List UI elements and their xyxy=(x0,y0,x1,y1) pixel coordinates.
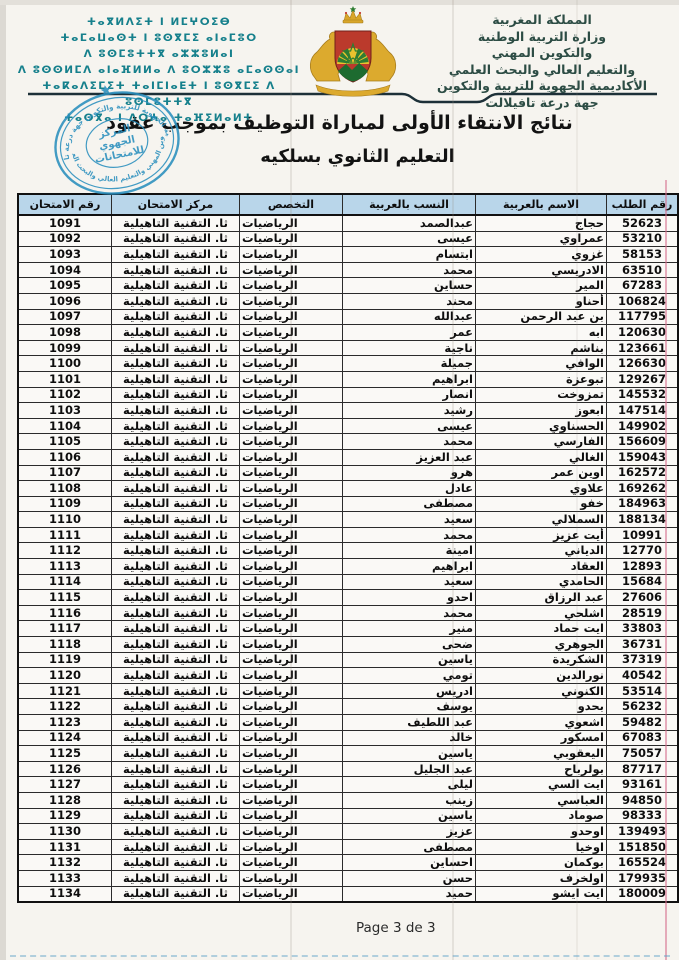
cell-request-no: 40542 xyxy=(607,668,679,684)
cell-last-name: ضحى xyxy=(343,637,476,653)
cell-first-name: الفارسي xyxy=(476,434,607,450)
table-row: 10991أيت عزيزمحمدالرياضياتثا. التقنية ال… xyxy=(18,527,678,543)
cell-first-name: الحسناوي xyxy=(476,418,607,434)
cell-first-name: حجاج xyxy=(476,215,607,231)
tifinagh-line: ⵜⴰⴳⵍⴷⵉⵜ ⵏ ⵍⵎⵖⵔⵉⴱ xyxy=(16,14,302,30)
cell-first-name: اشلحي xyxy=(476,605,607,621)
cell-exam-center: ثا. التقنية التاهيلية xyxy=(112,215,240,231)
cell-request-no: 165524 xyxy=(607,855,679,871)
column-header-last-name: النسب بالعربية xyxy=(343,194,476,215)
cell-exam-center: ثا. التقنية التاهيلية xyxy=(112,293,240,309)
cell-first-name: الدياني xyxy=(476,543,607,559)
cell-last-name: عزيز xyxy=(343,824,476,840)
table-row: 117795بن عبد الرحمنعبداللهالرياضياتثا. ا… xyxy=(18,309,678,325)
cell-exam-no: 1112 xyxy=(18,543,112,559)
table-row: 165524بوكماناحساينالرياضياتثا. التقنية ا… xyxy=(18,855,678,871)
table-row: 151850اوخيامصطفىالرياضياتثا. التقنية الت… xyxy=(18,839,678,855)
cell-request-no: 12893 xyxy=(607,559,679,575)
cell-request-no: 36731 xyxy=(607,637,679,653)
cell-first-name: الجوهري xyxy=(476,637,607,653)
cell-exam-center: ثا. التقنية التاهيلية xyxy=(112,278,240,294)
cell-last-name: محمد xyxy=(343,434,476,450)
table-row: 179935اولخرفحسنالرياضياتثا. التقنية التا… xyxy=(18,870,678,886)
cell-last-name: رشيد xyxy=(343,403,476,419)
cell-request-no: 59482 xyxy=(607,715,679,731)
cell-exam-no: 1122 xyxy=(18,699,112,715)
cell-exam-center: ثا. التقنية التاهيلية xyxy=(112,247,240,263)
cell-last-name: ابراهيم xyxy=(343,559,476,575)
cell-last-name: عبدالصمد xyxy=(343,215,476,231)
cell-exam-center: ثا. التقنية التاهيلية xyxy=(112,715,240,731)
cell-exam-no: 1118 xyxy=(18,637,112,653)
cell-exam-center: ثا. التقنية التاهيلية xyxy=(112,309,240,325)
cell-exam-no: 1129 xyxy=(18,808,112,824)
cell-last-name: محند xyxy=(343,293,476,309)
cell-request-no: 75057 xyxy=(607,746,679,762)
ministry-line: والتعليم العالي والبحث العلمي xyxy=(418,62,666,79)
cell-exam-center: ثا. التقنية التاهيلية xyxy=(112,496,240,512)
cell-exam-no: 1113 xyxy=(18,559,112,575)
cell-exam-no: 1092 xyxy=(18,231,112,247)
table-row: 188134السملاليسعيدالرياضياتثا. التقنية ا… xyxy=(18,512,678,528)
cell-first-name: الغالي xyxy=(476,449,607,465)
cell-exam-no: 1117 xyxy=(18,621,112,637)
cell-first-name: الكنوني xyxy=(476,683,607,699)
cell-first-name: عبد الرزاق xyxy=(476,590,607,606)
cell-exam-no: 1114 xyxy=(18,574,112,590)
cell-last-name: محمد xyxy=(343,605,476,621)
cell-first-name: خفو xyxy=(476,496,607,512)
cell-request-no: 98333 xyxy=(607,808,679,824)
cell-exam-center: ثا. التقنية التاهيلية xyxy=(112,746,240,762)
cell-exam-no: 1107 xyxy=(18,465,112,481)
cell-exam-center: ثا. التقنية التاهيلية xyxy=(112,543,240,559)
cell-first-name: أحناو xyxy=(476,293,607,309)
table-row: 56232بحدويوسفالرياضياتثا. التقنية التاهي… xyxy=(18,699,678,715)
cell-last-name: سعيد xyxy=(343,512,476,528)
cell-last-name: مصطفى xyxy=(343,496,476,512)
cell-first-name: بولرباح xyxy=(476,761,607,777)
cell-exam-center: ثا. التقنية التاهيلية xyxy=(112,590,240,606)
table-row: 27606عبد الرزاقاحدوالرياضياتثا. التقنية … xyxy=(18,590,678,606)
cell-exam-center: ثا. التقنية التاهيلية xyxy=(112,559,240,575)
table-row: 15684الحامديسعيدالرياضياتثا. التقنية الت… xyxy=(18,574,678,590)
table-row: 53210عمراويعيسىالرياضياتثا. التقنية التا… xyxy=(18,231,678,247)
scan-bottom-dashed-line xyxy=(10,955,670,957)
cell-exam-no: 1094 xyxy=(18,262,112,278)
table-row: 162572اوين عمرهروالرياضياتثا. التقنية ال… xyxy=(18,465,678,481)
cell-request-no: 188134 xyxy=(607,512,679,528)
cell-exam-center: ثا. التقنية التاهيلية xyxy=(112,231,240,247)
cell-exam-no: 1120 xyxy=(18,668,112,684)
results-table: رقم الطلبالاسم بالعربيةالنسب بالعربيةالت… xyxy=(17,193,679,903)
table-row: 59482اشعويعبد اللطيفالرياضياتثا. التقنية… xyxy=(18,715,678,731)
tifinagh-line: ⵜⴰⵎⴰⵡⴰⵙⵜ ⵏ ⵓⵙⴳⵎⵉ ⴰⵏⴰⵎⵓⵔ xyxy=(16,30,302,46)
cell-first-name: تبوعزة xyxy=(476,371,607,387)
cell-exam-center: ثا. التقنية التاهيلية xyxy=(112,855,240,871)
cell-last-name: ياسين xyxy=(343,808,476,824)
table-row: 145532تمزوختانصارالرياضياتثا. التقنية ال… xyxy=(18,387,678,403)
cell-exam-no: 1105 xyxy=(18,434,112,450)
cell-exam-no: 1124 xyxy=(18,730,112,746)
cell-request-no: 53210 xyxy=(607,231,679,247)
cell-last-name: منير xyxy=(343,621,476,637)
table-row: 184963خفومصطفىالرياضياتثا. التقنية التاه… xyxy=(18,496,678,512)
cell-last-name: خالد xyxy=(343,730,476,746)
cell-exam-center: ثا. التقنية التاهيلية xyxy=(112,418,240,434)
cell-request-no: 67283 xyxy=(607,278,679,294)
cell-request-no: 27606 xyxy=(607,590,679,606)
cell-exam-no: 1119 xyxy=(18,652,112,668)
cell-exam-center: ثا. التقنية التاهيلية xyxy=(112,683,240,699)
cell-request-no: 15684 xyxy=(607,574,679,590)
cell-exam-center: ثا. التقنية التاهيلية xyxy=(112,574,240,590)
cell-exam-center: ثا. التقنية التاهيلية xyxy=(112,527,240,543)
cell-request-no: 123661 xyxy=(607,340,679,356)
cell-first-name: عمراوي xyxy=(476,231,607,247)
cell-last-name: عبدالله xyxy=(343,309,476,325)
paper-fold-line xyxy=(290,0,292,960)
cell-first-name: اوحدو xyxy=(476,824,607,840)
table-row: 28519اشلحيمحمدالرياضياتثا. التقنية التاه… xyxy=(18,605,678,621)
table-row: 149902الحسناويعيسىالرياضياتثا. التقنية ا… xyxy=(18,418,678,434)
cell-exam-no: 1099 xyxy=(18,340,112,356)
cell-exam-center: ثا. التقنية التاهيلية xyxy=(112,621,240,637)
cell-exam-center: ثا. التقنية التاهيلية xyxy=(112,605,240,621)
cell-first-name: تمزوخت xyxy=(476,387,607,403)
cell-exam-center: ثا. التقنية التاهيلية xyxy=(112,325,240,341)
cell-exam-no: 1104 xyxy=(18,418,112,434)
table-row: 36731الجوهريضحىالرياضياتثا. التقنية التا… xyxy=(18,637,678,653)
cell-exam-center: ثا. التقنية التاهيلية xyxy=(112,824,240,840)
cell-request-no: 12770 xyxy=(607,543,679,559)
cell-request-no: 58153 xyxy=(607,247,679,263)
cell-exam-center: ثا. التقنية التاهيلية xyxy=(112,465,240,481)
cell-exam-no: 1131 xyxy=(18,839,112,855)
cell-last-name: عبد اللطيف xyxy=(343,715,476,731)
cell-last-name: حساين xyxy=(343,278,476,294)
cell-first-name: الشكريدة xyxy=(476,652,607,668)
cell-last-name: احساين xyxy=(343,855,476,871)
cell-exam-center: ثا. التقنية التاهيلية xyxy=(112,777,240,793)
cell-request-no: 184963 xyxy=(607,496,679,512)
cell-exam-no: 1108 xyxy=(18,481,112,497)
cell-first-name: الحامدي xyxy=(476,574,607,590)
cell-exam-no: 1132 xyxy=(18,855,112,871)
table-row: 87717بولرباحعبد الجليلالرياضياتثا. التقن… xyxy=(18,761,678,777)
cell-request-no: 139493 xyxy=(607,824,679,840)
ministry-line: وزارة التربية الوطنية xyxy=(418,29,666,46)
cell-exam-no: 1109 xyxy=(18,496,112,512)
cell-request-no: 117795 xyxy=(607,309,679,325)
cell-request-no: 169262 xyxy=(607,481,679,497)
cell-exam-no: 1097 xyxy=(18,309,112,325)
cell-exam-center: ثا. التقنية التاهيلية xyxy=(112,512,240,528)
cell-exam-center: ثا. التقنية التاهيلية xyxy=(112,808,240,824)
cell-exam-no: 1095 xyxy=(18,278,112,294)
cell-first-name: ايت حماد xyxy=(476,621,607,637)
table-row: 147514ابعوزرشيدالرياضياتثا. التقنية التا… xyxy=(18,403,678,419)
cell-last-name: هرو xyxy=(343,465,476,481)
cell-last-name: عمر xyxy=(343,325,476,341)
cell-last-name: احدو xyxy=(343,590,476,606)
ministry-line: والتكوين المهني xyxy=(418,45,666,62)
ministry-line: المملكة المغربية xyxy=(418,12,666,29)
cell-request-no: 162572 xyxy=(607,465,679,481)
cell-first-name: بناشم xyxy=(476,340,607,356)
cell-exam-no: 1121 xyxy=(18,683,112,699)
cell-first-name: العقاد xyxy=(476,559,607,575)
cell-first-name: الادريسي xyxy=(476,262,607,278)
cell-last-name: زينب xyxy=(343,792,476,808)
table-row: 94850العباسيزينبالرياضياتثا. التقنية الت… xyxy=(18,792,678,808)
table-row: 12893العقادابراهيمالرياضياتثا. التقنية ا… xyxy=(18,559,678,575)
table-row: 106824أحناومحندالرياضياتثا. التقنية التا… xyxy=(18,293,678,309)
cell-exam-center: ثا. التقنية التاهيلية xyxy=(112,886,240,902)
cell-first-name: بوكمان xyxy=(476,855,607,871)
cell-last-name: حميد xyxy=(343,886,476,902)
cell-exam-no: 1126 xyxy=(18,761,112,777)
results-table-body: 52623حجاجعبدالصمدالرياضياتثا. التقنية ال… xyxy=(18,215,678,902)
cell-request-no: 149902 xyxy=(607,418,679,434)
table-row: 33803ايت حمادمنيرالرياضياتثا. التقنية ال… xyxy=(18,621,678,637)
cell-first-name: العباسي xyxy=(476,792,607,808)
cell-last-name: عبد العزيز xyxy=(343,449,476,465)
cell-last-name: انصار xyxy=(343,387,476,403)
cell-first-name: علاوي xyxy=(476,481,607,497)
cell-first-name: امسكور xyxy=(476,730,607,746)
cell-exam-no: 1116 xyxy=(18,605,112,621)
cell-first-name: ايت السي xyxy=(476,777,607,793)
table-row: 139493اوحدوعزيزالرياضياتثا. التقنية التا… xyxy=(18,824,678,840)
cell-request-no: 53514 xyxy=(607,683,679,699)
cell-exam-no: 1098 xyxy=(18,325,112,341)
table-row: 129267تبوعزةابراهيمالرياضياتثا. التقنية … xyxy=(18,371,678,387)
table-row: 40542نورالدينتوميالرياضياتثا. التقنية ال… xyxy=(18,668,678,684)
cell-first-name: أيت عزيز xyxy=(476,527,607,543)
cell-last-name: ابراهيم xyxy=(343,371,476,387)
cell-exam-center: ثا. التقنية التاهيلية xyxy=(112,387,240,403)
cell-exam-center: ثا. التقنية التاهيلية xyxy=(112,371,240,387)
cell-last-name: ادريس xyxy=(343,683,476,699)
cell-request-no: 129267 xyxy=(607,371,679,387)
cell-last-name: ناجية xyxy=(343,340,476,356)
table-row: 67283الميرحساينالرياضياتثا. التقنية التا… xyxy=(18,278,678,294)
cell-last-name: تومي xyxy=(343,668,476,684)
page-number-label: Page 3 de 3 xyxy=(356,920,436,936)
paper-fold-line xyxy=(452,0,454,960)
cell-request-no: 151850 xyxy=(607,839,679,855)
cell-exam-center: ثا. التقنية التاهيلية xyxy=(112,356,240,372)
cell-exam-center: ثا. التقنية التاهيلية xyxy=(112,403,240,419)
cell-first-name: الوافي xyxy=(476,356,607,372)
cell-last-name: ياسين xyxy=(343,746,476,762)
cell-last-name: ياسين xyxy=(343,652,476,668)
cell-last-name: يوسف xyxy=(343,699,476,715)
cell-exam-no: 1111 xyxy=(18,527,112,543)
cell-exam-center: ثا. التقنية التاهيلية xyxy=(112,340,240,356)
cell-exam-no: 1130 xyxy=(18,824,112,840)
cell-request-no: 180009 xyxy=(607,886,679,902)
scanned-document-page: ⵜⴰⴳⵍⴷⵉⵜ ⵏ ⵍⵎⵖⵔⵉⴱ ⵜⴰⵎⴰⵡⴰⵙⵜ ⵏ ⵓⵙⴳⵎⵉ ⴰⵏⴰⵎⵓⵔ… xyxy=(0,0,679,960)
cell-last-name: امينة xyxy=(343,543,476,559)
cell-last-name: عيسى xyxy=(343,231,476,247)
table-row: 37319الشكريدةياسينالرياضياتثا. التقنية ا… xyxy=(18,652,678,668)
cell-exam-no: 1128 xyxy=(18,792,112,808)
scan-pink-line xyxy=(665,180,667,960)
cell-last-name: جميلة xyxy=(343,356,476,372)
cell-exam-no: 1110 xyxy=(18,512,112,528)
cell-request-no: 94850 xyxy=(607,792,679,808)
cell-request-no: 106824 xyxy=(607,293,679,309)
cell-last-name: مصطفى xyxy=(343,839,476,855)
cell-request-no: 28519 xyxy=(607,605,679,621)
table-row: 63510الادريسيمحمدالرياضياتثا. التقنية ال… xyxy=(18,262,678,278)
table-row: 120630ابهعمرالرياضياتثا. التقنية التاهيل… xyxy=(18,325,678,341)
cell-exam-no: 1125 xyxy=(18,746,112,762)
cell-first-name: غزوي xyxy=(476,247,607,263)
cell-first-name: نورالدين xyxy=(476,668,607,684)
cell-last-name: عبد الجليل xyxy=(343,761,476,777)
cell-exam-center: ثا. التقنية التاهيلية xyxy=(112,652,240,668)
cell-exam-center: ثا. التقنية التاهيلية xyxy=(112,761,240,777)
cell-request-no: 93161 xyxy=(607,777,679,793)
cell-last-name: سعيد xyxy=(343,574,476,590)
table-row: 98333صومادياسينالرياضياتثا. التقنية التا… xyxy=(18,808,678,824)
cell-exam-center: ثا. التقنية التاهيلية xyxy=(112,839,240,855)
table-row: 53514الكنونيادريسالرياضياتثا. التقنية ال… xyxy=(18,683,678,699)
table-row: 93161ايت السيليلىالرياضياتثا. التقنية ال… xyxy=(18,777,678,793)
paper-fold-line xyxy=(576,0,578,960)
cell-exam-center: ثا. التقنية التاهيلية xyxy=(112,668,240,684)
table-row: 67083امسكورخالدالرياضياتثا. التقنية التا… xyxy=(18,730,678,746)
cell-request-no: 126630 xyxy=(607,356,679,372)
cell-exam-no: 1106 xyxy=(18,449,112,465)
cell-exam-center: ثا. التقنية التاهيلية xyxy=(112,434,240,450)
cell-exam-no: 1102 xyxy=(18,387,112,403)
cell-exam-center: ثا. التقنية التاهيلية xyxy=(112,870,240,886)
cell-exam-center: ثا. التقنية التاهيلية xyxy=(112,699,240,715)
cell-exam-center: ثا. التقنية التاهيلية xyxy=(112,262,240,278)
cell-exam-no: 1103 xyxy=(18,403,112,419)
column-header-request-no: رقم الطلب xyxy=(607,194,679,215)
cell-first-name: صوماد xyxy=(476,808,607,824)
cell-exam-no: 1093 xyxy=(18,247,112,263)
table-row: 58153غزويابتسامالرياضياتثا. التقنية التا… xyxy=(18,247,678,263)
column-header-first-name: الاسم بالعربية xyxy=(476,194,607,215)
cell-first-name: اوخيا xyxy=(476,839,607,855)
cell-request-no: 159043 xyxy=(607,449,679,465)
cell-first-name: اوين عمر xyxy=(476,465,607,481)
cell-exam-center: ثا. التقنية التاهيلية xyxy=(112,792,240,808)
cell-exam-no: 1123 xyxy=(18,715,112,731)
cell-request-no: 10991 xyxy=(607,527,679,543)
cell-exam-no: 1101 xyxy=(18,371,112,387)
table-row: 159043الغاليعبد العزيزالرياضياتثا. التقن… xyxy=(18,449,678,465)
cell-request-no: 147514 xyxy=(607,403,679,419)
cell-last-name: ابتسام xyxy=(343,247,476,263)
cell-request-no: 37319 xyxy=(607,652,679,668)
cell-first-name: بحدو xyxy=(476,699,607,715)
cell-exam-no: 1134 xyxy=(18,886,112,902)
table-row: 156609الفارسيمحمدالرياضياتثا. التقنية ال… xyxy=(18,434,678,450)
cell-exam-center: ثا. التقنية التاهيلية xyxy=(112,637,240,653)
cell-first-name: المير xyxy=(476,278,607,294)
table-row: 123661بناشمناجيةالرياضياتثا. التقنية الت… xyxy=(18,340,678,356)
cell-request-no: 63510 xyxy=(607,262,679,278)
cell-exam-center: ثا. التقنية التاهيلية xyxy=(112,481,240,497)
cell-request-no: 145532 xyxy=(607,387,679,403)
cell-first-name: ايت ايشو xyxy=(476,886,607,902)
cell-request-no: 120630 xyxy=(607,325,679,341)
cell-request-no: 67083 xyxy=(607,730,679,746)
cell-exam-no: 1100 xyxy=(18,356,112,372)
cell-last-name: عيسى xyxy=(343,418,476,434)
cell-first-name: اليعقوبي xyxy=(476,746,607,762)
cell-exam-center: ثا. التقنية التاهيلية xyxy=(112,449,240,465)
moroccan-coat-of-arms-icon xyxy=(293,6,413,98)
cell-last-name: عادل xyxy=(343,481,476,497)
cell-exam-center: ثا. التقنية التاهيلية xyxy=(112,730,240,746)
cell-request-no: 87717 xyxy=(607,761,679,777)
cell-last-name: حسن xyxy=(343,870,476,886)
table-row: 169262علاويعادلالرياضياتثا. التقنية التا… xyxy=(18,481,678,497)
cell-request-no: 179935 xyxy=(607,870,679,886)
cell-request-no: 56232 xyxy=(607,699,679,715)
cell-first-name: ابعوز xyxy=(476,403,607,419)
cell-first-name: السملالي xyxy=(476,512,607,528)
table-row: 180009ايت ايشوحميدالرياضياتثا. التقنية ا… xyxy=(18,886,678,902)
table-row: 12770الديانيامينةالرياضياتثا. التقنية ال… xyxy=(18,543,678,559)
cell-request-no: 52623 xyxy=(607,215,679,231)
cell-request-no: 33803 xyxy=(607,621,679,637)
cell-first-name: اشعوي xyxy=(476,715,607,731)
cell-first-name: بن عبد الرحمن xyxy=(476,309,607,325)
cell-last-name: محمد xyxy=(343,527,476,543)
cell-request-no: 156609 xyxy=(607,434,679,450)
cell-last-name: محمد xyxy=(343,262,476,278)
table-row: 75057اليعقوبيياسينالرياضياتثا. التقنية ا… xyxy=(18,746,678,762)
cell-exam-no: 1133 xyxy=(18,870,112,886)
tifinagh-line: ⴷ ⵓⵙⵎⵓⵜⵜⴳ ⴰⵣⵣⵓⵍⴰⵏ xyxy=(16,46,302,62)
cell-first-name: ابه xyxy=(476,325,607,341)
table-row: 126630الوافيجميلةالرياضياتثا. التقنية ال… xyxy=(18,356,678,372)
cell-exam-no: 1115 xyxy=(18,590,112,606)
cell-first-name: اولخرف xyxy=(476,870,607,886)
table-row: 52623حجاجعبدالصمدالرياضياتثا. التقنية ال… xyxy=(18,215,678,231)
cell-exam-no: 1096 xyxy=(18,293,112,309)
cell-last-name: ليلى xyxy=(343,777,476,793)
cell-exam-no: 1127 xyxy=(18,777,112,793)
